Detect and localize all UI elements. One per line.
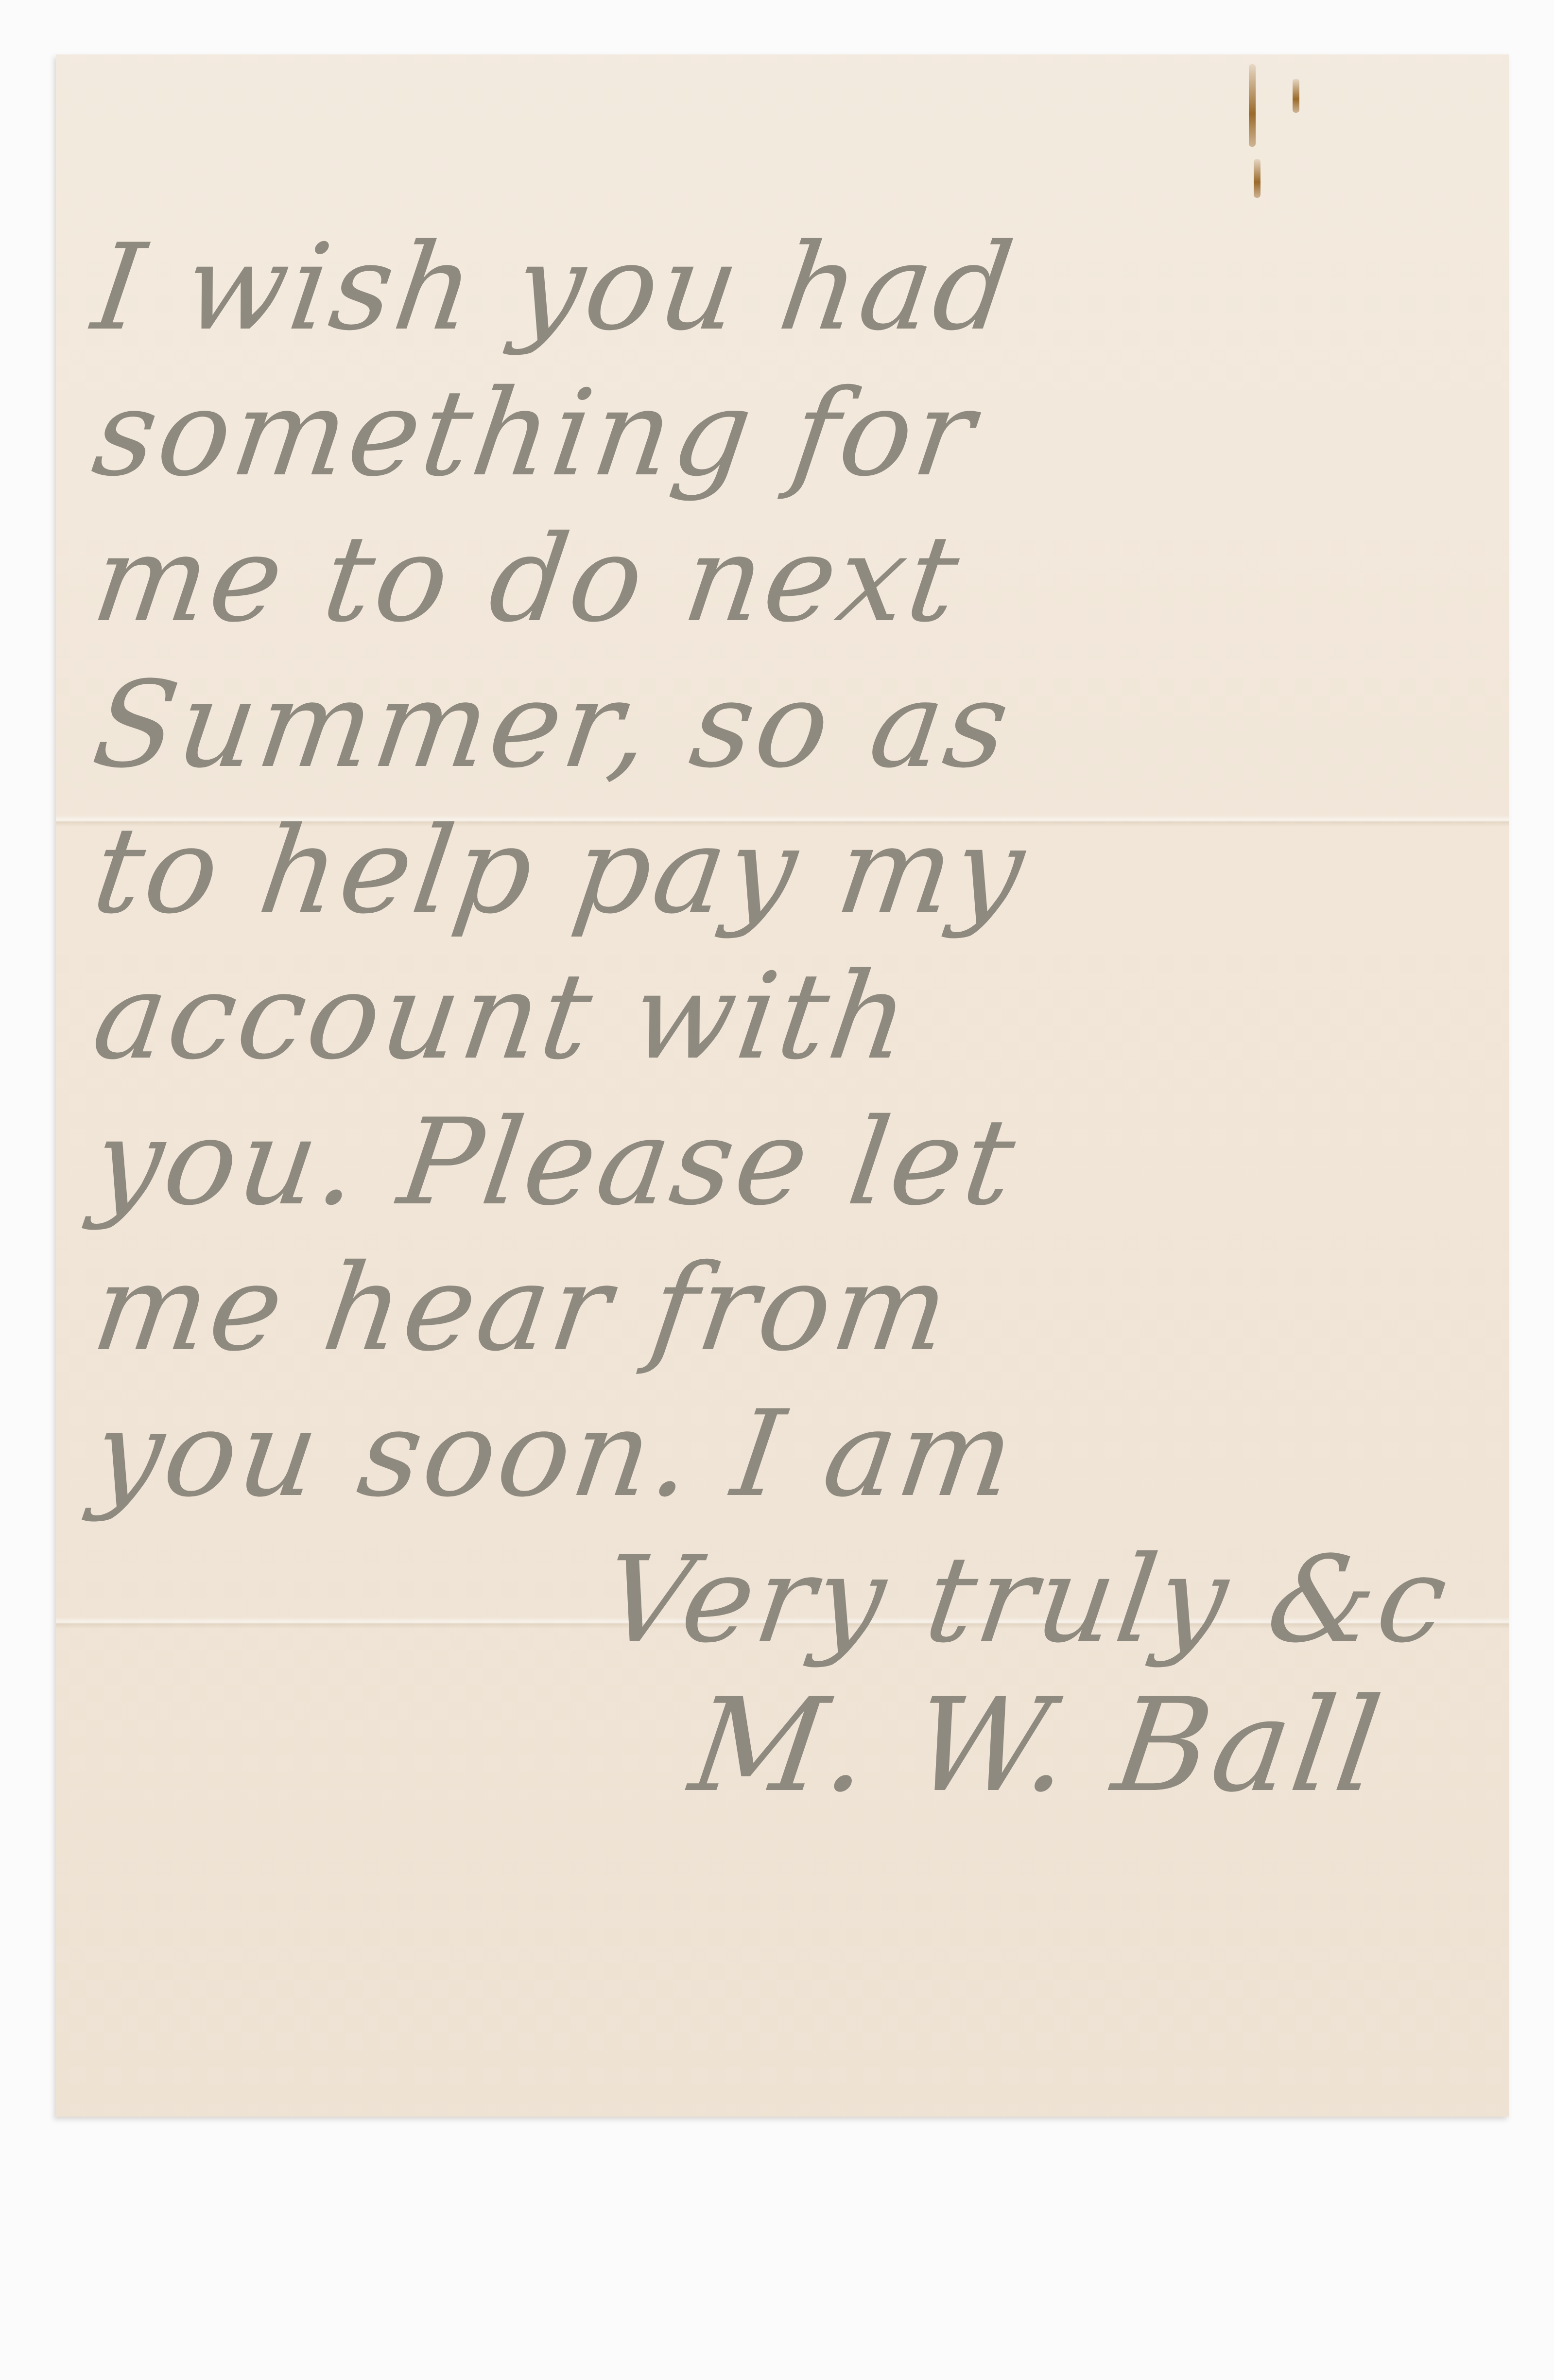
rust-stain — [1249, 64, 1256, 147]
handwritten-text: I wish you had something for me to do ne… — [85, 215, 1446, 1819]
letter-line: account with — [85, 944, 1466, 1090]
rust-stain — [1254, 159, 1260, 198]
letter-line: you soon. I am — [85, 1381, 1466, 1527]
letter-line: me to do next — [85, 506, 1466, 652]
letter-line: to help pay my — [85, 798, 1466, 944]
letter-page: I wish you had something for me to do ne… — [56, 54, 1509, 2117]
letter-line: I wish you had — [85, 215, 1466, 361]
letter-signature: M. W. Ball — [85, 1673, 1466, 1819]
rust-stain — [1293, 79, 1299, 113]
letter-line: Summer, so as — [85, 652, 1466, 798]
letter-closing: Very truly &c — [85, 1527, 1466, 1673]
letter-line: me hear from — [85, 1235, 1466, 1381]
letter-line: something for — [85, 361, 1466, 506]
letter-line: you. Please let — [85, 1090, 1466, 1235]
